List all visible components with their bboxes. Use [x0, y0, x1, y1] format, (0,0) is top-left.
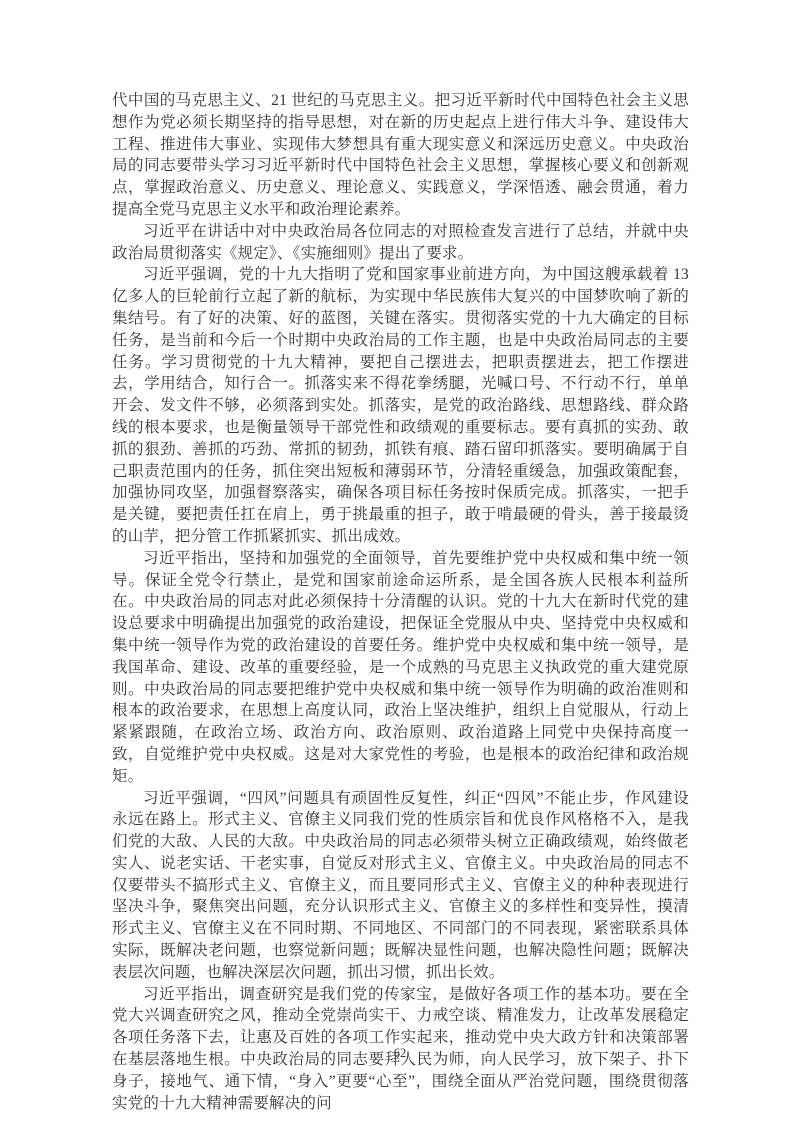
document-body: 代中国的马克思主义、21 世纪的马克思主义。把习近平新时代中国特色社会主义思想作…: [112, 90, 689, 1114]
paragraph: 代中国的马克思主义、21 世纪的马克思主义。把习近平新时代中国特色社会主义思想作…: [112, 90, 689, 221]
paragraph: 习近平指出，坚持和加强党的全面领导，首先要维护党中央权威和集中统一领导。保证全党…: [112, 548, 689, 788]
paragraph: 习近平在讲话中对中央政治局各位同志的对照检查发言进行了总结，并就中央政治局贯彻落…: [112, 221, 689, 265]
paragraph: 习近平强调，“四风”问题具有顽固性反复性，纠正“四风”不能止步，作风建设永远在路…: [112, 788, 689, 984]
paragraph: 习近平强调，党的十九大指明了党和国家事业前进方向，为中国这艘承载着 13 亿多人…: [112, 264, 689, 547]
document-page: 代中国的马克思主义、21 世纪的马克思主义。把习近平新时代中国特色社会主义思想作…: [0, 0, 800, 1133]
page-number: 62: [0, 1046, 800, 1061]
